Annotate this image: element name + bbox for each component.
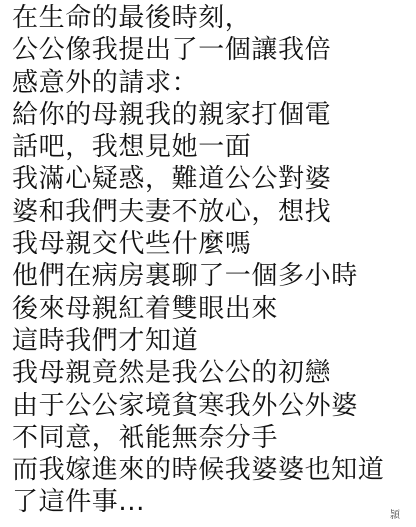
text-line: 給你的母親我的親家打個電 xyxy=(12,99,416,131)
text-line: 公公像我提出了一個讓我倍 xyxy=(12,34,416,66)
text-line: 我母親竟然是我公公的初戀 xyxy=(12,357,416,389)
watermark: 頴 xyxy=(390,506,400,521)
story-text: 在生命的最後時刻， 公公像我提出了一個讓我倍 感意外的請求： 給你的母親我的親家… xyxy=(12,2,416,519)
text-line: 我母親交代些什麼嗎 xyxy=(12,228,416,260)
text-line: 了這件事... xyxy=(12,486,416,518)
text-line: 由于公公家境貧寒我外公外婆 xyxy=(12,390,416,422)
text-line: 話吧，我想見她一面 xyxy=(12,131,416,163)
text-line: 在生命的最後時刻， xyxy=(12,2,416,34)
text-line: 後來母親紅着雙眼出來 xyxy=(12,293,416,325)
text-line: 不同意，衹能無奈分手 xyxy=(12,422,416,454)
text-line: 我滿心疑惑，難道公公對婆 xyxy=(12,163,416,195)
text-line: 感意外的請求： xyxy=(12,67,416,99)
text-line: 而我嫁進來的時候我婆婆也知道 xyxy=(12,454,416,486)
text-line: 婆和我們夫妻不放心，想找 xyxy=(12,196,416,228)
text-line: 他們在病房裏聊了一個多小時 xyxy=(12,260,416,292)
text-line: 這時我們才知道 xyxy=(12,325,416,357)
